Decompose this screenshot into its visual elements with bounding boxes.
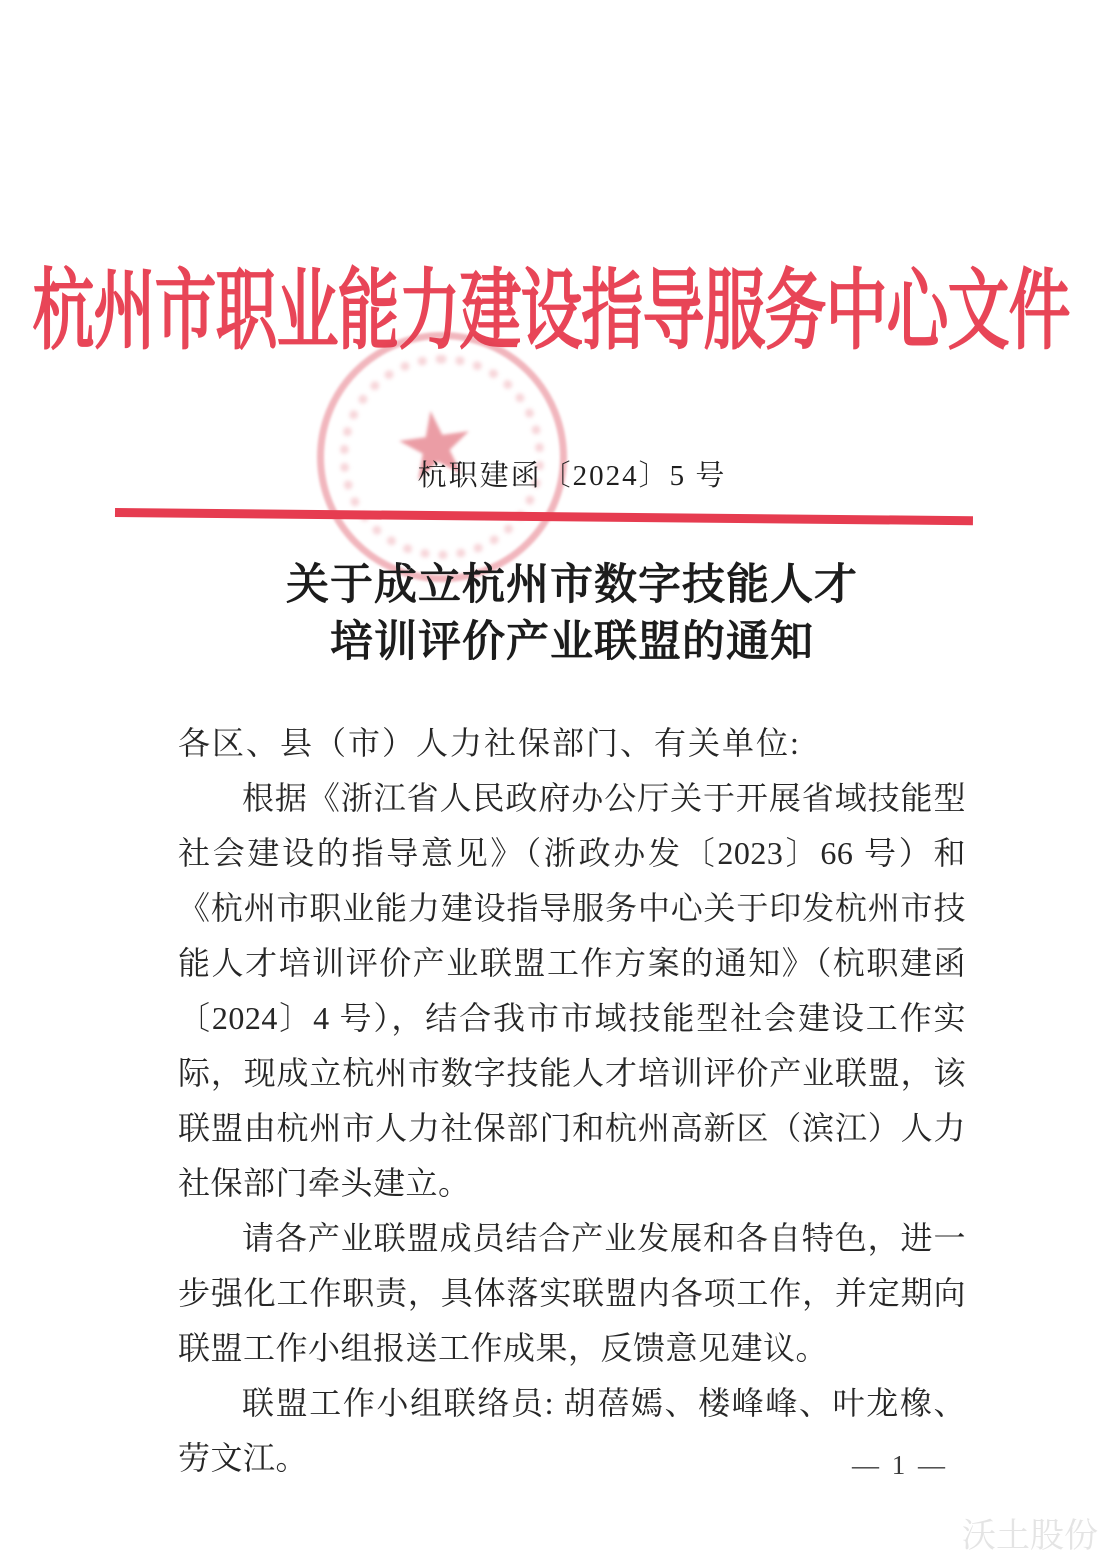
document-title: 关于成立杭州市数字技能人才 培训评价产业联盟的通知: [178, 557, 966, 671]
body-paragraph-2: 请各产业联盟成员结合产业发展和各自特色，进一步强化工作职责，具体落实联盟内各项工…: [178, 1211, 966, 1376]
page-number: — 1 —: [820, 1450, 980, 1481]
document-body: 各区、县（市）人力社保部门、有关单位: 根据《浙江省人民政府办公厅关于开展省域技…: [178, 716, 966, 1486]
document-title-line-2: 培训评价产业联盟的通知: [178, 614, 966, 671]
document-number: 杭职建函〔2024〕5 号: [178, 453, 966, 494]
body-paragraph-1: 根据《浙江省人民政府办公厅关于开展省域技能型社会建设的指导意见》（浙政办发〔20…: [178, 771, 966, 1211]
salutation: 各区、县（市）人力社保部门、有关单位:: [178, 716, 966, 771]
document-page: 杭州市职业能力建设指导服务中心文件 ★ 杭职建函〔2024〕5 号 关于成立杭州…: [0, 0, 1102, 1559]
watermark: 沃土股份: [962, 1508, 1098, 1557]
document-title-line-1: 关于成立杭州市数字技能人才: [178, 557, 966, 614]
red-letterhead-title: 杭州市职业能力建设指导服务中心文件: [0, 240, 1102, 366]
